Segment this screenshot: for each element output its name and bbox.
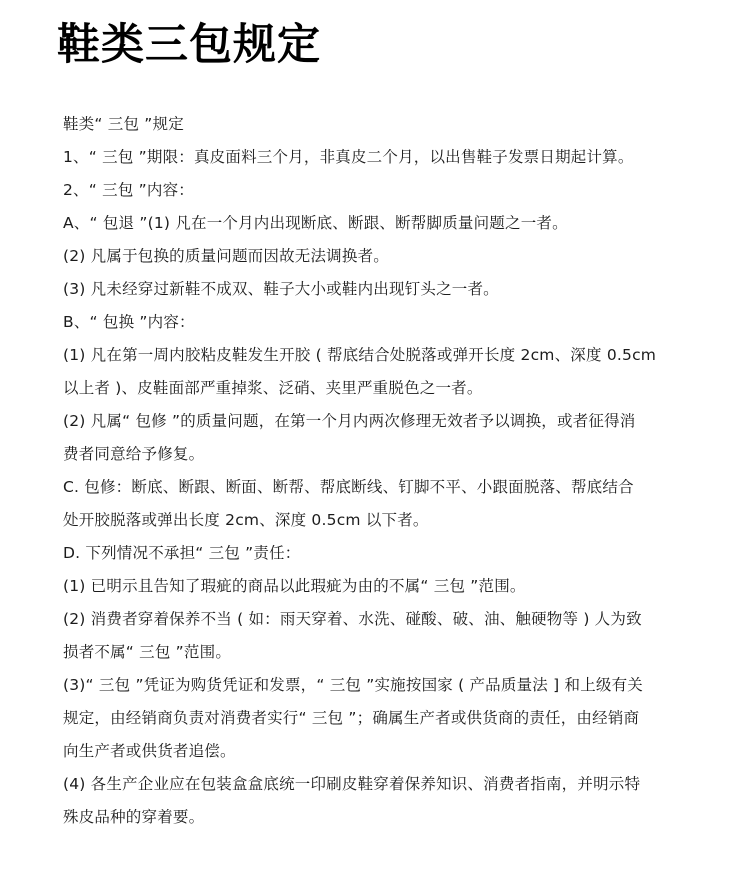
- section-b-item-1: (1) 凡在第一周内胶粘皮鞋发生开胶 ( 帮底结合处脱落或弹开长度 2cm、深度…: [63, 339, 695, 372]
- section-d-item-3-cont: 规定，由经销商负责对消费者实行“ 三包 ”；确属生产者或供货商的责任，由经销商: [63, 702, 695, 735]
- section-c-repair-cont: 处开胶脱落或弹出长度 2cm、深度 0.5cm 以下者。: [63, 504, 695, 537]
- section-b-item-2: (2) 凡属“ 包修 ”的质量问题，在第一个月内两次修理无效者予以调换，或者征得…: [63, 405, 695, 438]
- section-d-item-4-cont: 殊皮品种的穿着要。: [63, 801, 695, 834]
- section-2-heading: 2、“ 三包 ”内容：: [63, 174, 695, 207]
- section-a-item-2: (2) 凡属于包换的质量问题而因故无法调换者。: [63, 240, 695, 273]
- subtitle-line: 鞋类“ 三包 ”规定: [63, 108, 695, 141]
- section-b-heading: B、“ 包换 ”内容：: [63, 306, 695, 339]
- section-d-item-4: (4) 各生产企业应在包装盒盒底统一印刷皮鞋穿着保养知识、消费者指南，并明示特: [63, 768, 695, 801]
- section-a-item-3: (3) 凡未经穿过新鞋不成双、鞋子大小或鞋内出现钉头之一者。: [63, 273, 695, 306]
- section-b-item-1-cont: 以上者 )、皮鞋面部严重掉浆、泛硝、夹里严重脱色之一者。: [63, 372, 695, 405]
- section-d-item-2: (2) 消费者穿着保养不当 ( 如：雨天穿着、水洗、碰酸、破、油、触硬物等 ) …: [63, 603, 695, 636]
- section-d-item-3: (3)“ 三包 ”凭证为购货凭证和发票，“ 三包 ”实施按国家 ( 产品质量法 …: [63, 669, 695, 702]
- section-d-heading: D. 下列情况不承担“ 三包 ”责任：: [63, 537, 695, 570]
- section-a-item-1: A、“ 包退 ”(1) 凡在一个月内出现断底、断跟、断帮脚质量问题之一者。: [63, 207, 695, 240]
- section-d-item-1: (1) 已明示且告知了瑕疵的商品以此瑕疵为由的不属“ 三包 ”范围。: [63, 570, 695, 603]
- section-1-period: 1、“ 三包 ”期限：真皮面料三个月，非真皮二个月，以出售鞋子发票日期起计算。: [63, 141, 695, 174]
- section-c-repair: C. 包修：断底、断跟、断面、断帮、帮底断线、钉脚不平、小跟面脱落、帮底结合: [63, 471, 695, 504]
- section-d-item-2-cont: 损者不属“ 三包 ”范围。: [63, 636, 695, 669]
- section-d-item-3-cont-2: 向生产者或供货者追偿。: [63, 735, 695, 768]
- document-body: 鞋类“ 三包 ”规定 1、“ 三包 ”期限：真皮面料三个月，非真皮二个月，以出售…: [63, 108, 695, 834]
- page-title: 鞋类三包规定: [57, 18, 321, 72]
- section-b-item-2-cont: 费者同意给予修复。: [63, 438, 695, 471]
